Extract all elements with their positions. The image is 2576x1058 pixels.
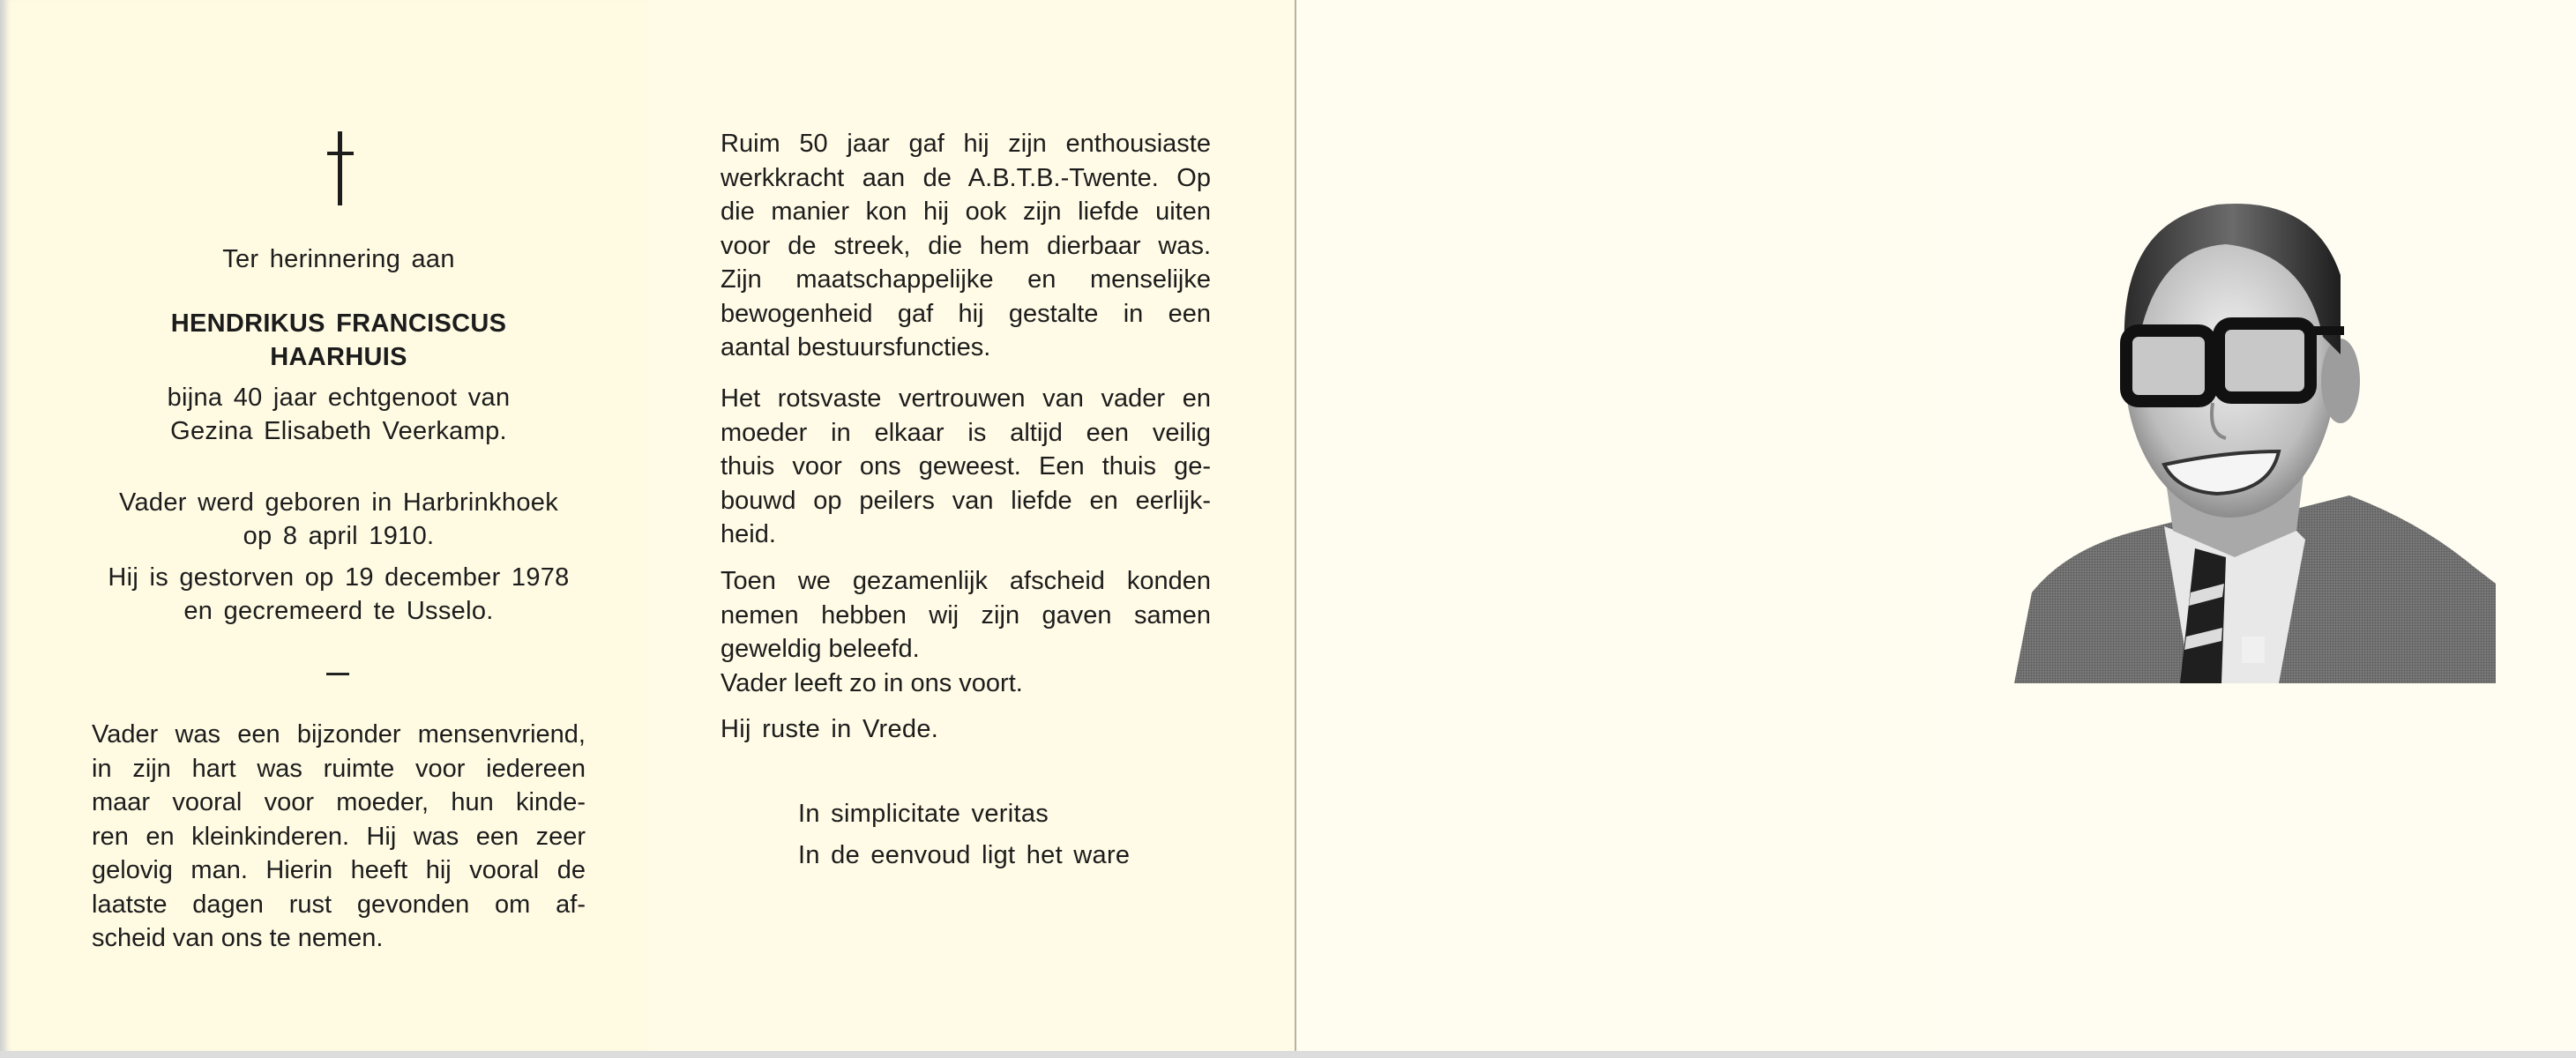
paragraph-line: thuis voor ons geweest. Een thuis ge- — [721, 450, 1211, 484]
motto-latin: In simplicitate veritas — [798, 797, 1049, 831]
cross-icon — [327, 131, 354, 205]
motto-dutch: In de eenvoud ligt het ware — [798, 838, 1130, 872]
paragraph-line: geweldig beleefd. — [721, 632, 1211, 667]
paragraph-line: gelovig man. Hierin heeft hij vooral de — [92, 853, 586, 888]
paragraph-line: Toen we gezamenlijk afscheid konden — [721, 564, 1211, 599]
paragraph-line: die manier kon hij ook zijn liefde uiten — [721, 195, 1211, 229]
paragraph-line: bewogenheid gaf hij gestalte in een — [721, 297, 1211, 332]
name-block: HENDRIKUS FRANCISCUS HAARHUIS — [0, 307, 677, 374]
panel-left: Ter herinnering aan HENDRIKUS FRANCISCUS… — [0, 0, 648, 1051]
death-block: Hij is gestorven op 19 december 1978 en … — [0, 561, 677, 628]
portrait-photo — [2014, 169, 2496, 683]
paragraph-line: laatste dagen rust gevonden om af- — [92, 888, 586, 922]
paragraph-line: ren en kleinkinderen. Hij was een zeer — [92, 820, 586, 854]
death-line-1: Hij is gestorven op 19 december 1978 — [0, 561, 677, 594]
career-paragraph: Ruim 50 jaar gaf hij zijn enthousiastewe… — [721, 127, 1211, 365]
birth-line-2: op 8 april 1910. — [0, 519, 677, 553]
paragraph-line: bouwd op peilers van liefde en eerlijk- — [721, 484, 1211, 518]
closing-text: Hij ruste in Vrede. — [721, 712, 938, 746]
birth-line-1: Vader werd geboren in Harbrinkhoek — [0, 486, 677, 519]
intro-text: Ter herinnering aan — [0, 242, 677, 276]
paragraph-line: aantal bestuursfuncties. — [721, 331, 1211, 365]
tribute-paragraph: Vader was een bijzonder mensenvriend,in … — [92, 718, 586, 956]
spouse-line-1: bijna 40 jaar echtgenoot van — [0, 381, 677, 414]
farewell-paragraph: Toen we gezamenlijk afscheid kondennemen… — [721, 564, 1211, 700]
paragraph-line: Vader was een bijzonder mensenvriend, — [92, 718, 586, 752]
death-line-2: en gecremeerd te Usselo. — [0, 594, 677, 628]
paragraph-line: nemen hebben wij zijn gaven samen — [721, 599, 1211, 633]
memorial-card: Ter herinnering aan HENDRIKUS FRANCISCUS… — [0, 0, 2576, 1051]
paragraph-line: Ruim 50 jaar gaf hij zijn enthousiaste — [721, 127, 1211, 161]
intro-block: Ter herinnering aan — [0, 242, 677, 276]
paragraph-line: Vader leeft zo in ons voort. — [721, 667, 1211, 701]
paragraph-line: scheid van ons te nemen. — [92, 921, 586, 956]
panel-middle: Ruim 50 jaar gaf hij zijn enthousiastewe… — [648, 0, 1296, 1051]
birth-block: Vader werd geboren in Harbrinkhoek op 8 … — [0, 486, 677, 553]
paragraph-line: moeder in elkaar is altijd een veilig — [721, 416, 1211, 451]
paragraph-line: heid. — [721, 518, 1211, 552]
paragraph-line: voor de streek, die hem dierbaar was. — [721, 229, 1211, 264]
paragraph-line: in zijn hart was ruimte voor iedereen — [92, 752, 586, 786]
paragraph-line: Het rotsvaste vertrouwen van vader en — [721, 382, 1211, 416]
name-line-1: HENDRIKUS FRANCISCUS — [0, 307, 677, 340]
spouse-line-2: Gezina Elisabeth Veerkamp. — [0, 414, 677, 448]
paragraph-line: werkkracht aan de A.B.T.B.-Twente. Op — [721, 161, 1211, 196]
spouse-block: bijna 40 jaar echtgenoot van Gezina Elis… — [0, 381, 677, 448]
paragraph-line: Zijn maatschappelijke en menselijke — [721, 263, 1211, 297]
name-line-2: HAARHUIS — [0, 340, 677, 374]
separator-dash — [326, 673, 349, 675]
panel-blank — [1296, 0, 1931, 1051]
paragraph-line: maar vooral voor moeder, hun kinde- — [92, 786, 586, 820]
trust-paragraph: Het rotsvaste vertrouwen van vader enmoe… — [721, 382, 1211, 552]
